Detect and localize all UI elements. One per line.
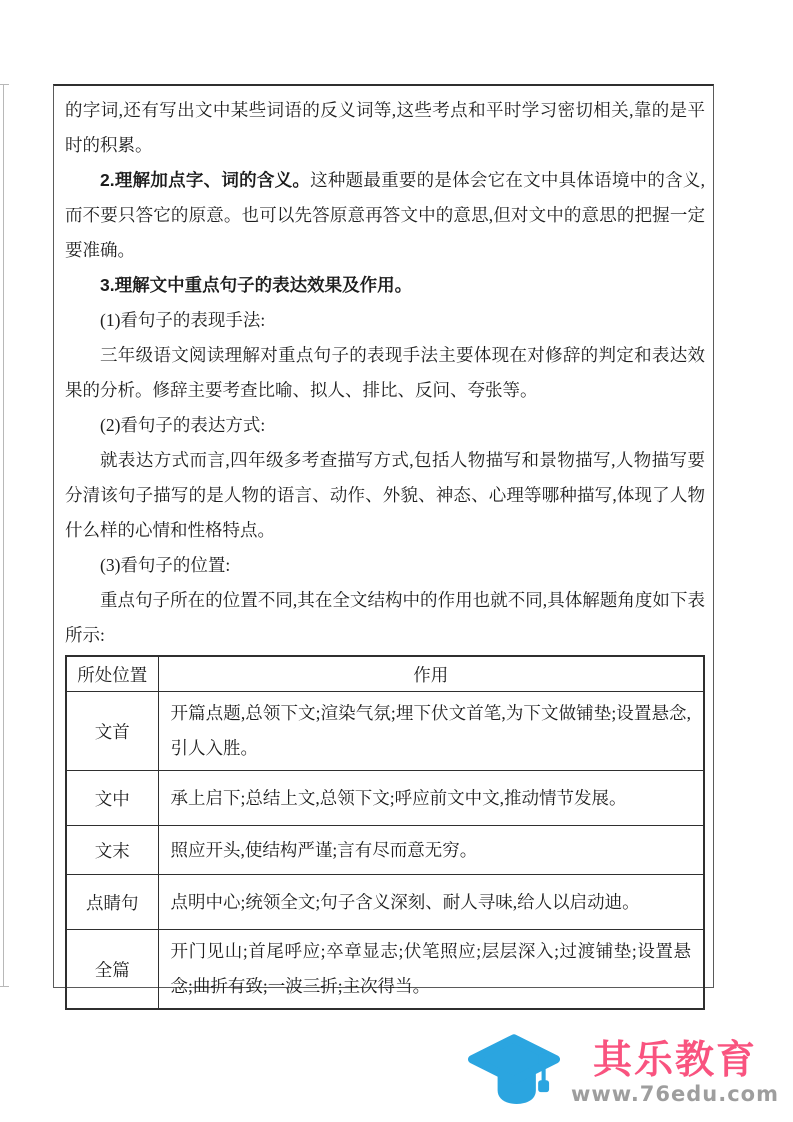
subpoint-3-heading: (3)看句子的位置: [65,548,705,583]
subpoint-3-intro: 重点句子所在的位置不同,其在全文结构中的作用也就不同,具体解题角度如下表所示: [65,583,705,653]
table-header-row: 所处位置 作用 [66,656,704,692]
subpoint-2-body: 就表达方式而言,四年级多考查描写方式,包括人物描写和景物描写,人物描写要分清该句… [65,443,705,548]
row-effect: 开篇点题,总领下文;渲染气氛;埋下伏文首笔,为下文做铺垫;设置悬念,引人入胜。 [158,692,704,771]
row-position: 全篇 [66,930,158,1010]
adjacent-page-edge-line [3,84,4,986]
row-effect: 开门见山;首尾呼应;卒章显志;伏笔照应;层层深入;过渡铺垫;设置悬念;曲折有致;… [158,930,704,1010]
graduation-cap-icon [463,1032,565,1114]
content-frame: 的字词,还有写出文中某些词语的反义词等,这些考点和平时学习密切相关,靠的是平时的… [53,84,714,988]
paragraph-point-2: 2.理解加点字、词的含义。这种题最重要的是体会它在文中具体语境中的含义,而不要只… [65,163,705,268]
table-row: 全篇 开门见山;首尾呼应;卒章显志;伏笔照应;层层深入;过渡铺垫;设置悬念;曲折… [66,930,704,1010]
row-effect: 照应开头,使结构严谨;言有尽而意无穷。 [158,826,704,875]
brand-watermark: 其乐教育 www.76edu.com [463,1032,779,1114]
subpoint-1-heading: (1)看句子的表现手法: [65,303,705,338]
adjacent-page-edge-tick-top [0,84,9,85]
row-position: 文首 [66,692,158,771]
brand-name: 其乐教育 [593,1040,757,1083]
document-page: 的字词,还有写出文中某些词语的反义词等,这些考点和平时学习密切相关,靠的是平时的… [0,0,793,1122]
subpoint-1-body: 三年级语文阅读理解对重点句子的表现手法主要体现在对修辞的判定和表达效果的分析。修… [65,338,705,408]
adjacent-page-edge-tick-bottom [0,986,9,987]
row-position: 点睛句 [66,875,158,930]
paragraph-continuation: 的字词,还有写出文中某些词语的反义词等,这些考点和平时学习密切相关,靠的是平时的… [65,93,705,163]
row-effect: 点明中心;统领全文;句子含义深刻、耐人寻味,给人以启动迪。 [158,875,704,930]
table-row: 点睛句 点明中心;统领全文;句子含义深刻、耐人寻味,给人以启动迪。 [66,875,704,930]
sentence-position-table: 所处位置 作用 文首 开篇点题,总领下文;渲染气氛;埋下伏文首笔,为下文做铺垫;… [65,655,705,1010]
table-row: 文首 开篇点题,总领下文;渲染气氛;埋下伏文首笔,为下文做铺垫;设置悬念,引人入… [66,692,704,771]
point-3-heading: 3.理解文中重点句子的表达效果及作用。 [100,275,412,295]
table-row: 文中 承上启下;总结上文,总领下文;呼应前文中文,推动情节发展。 [66,771,704,826]
row-position: 文末 [66,826,158,875]
row-effect: 承上启下;总结上文,总领下文;呼应前文中文,推动情节发展。 [158,771,704,826]
table-row: 文末 照应开头,使结构严谨;言有尽而意无穷。 [66,826,704,875]
header-position: 所处位置 [66,656,158,692]
brand-text-block: 其乐教育 www.76edu.com [571,1040,779,1107]
subpoint-2-heading: (2)看句子的表达方式: [65,408,705,443]
row-position: 文中 [66,771,158,826]
brand-url: www.76edu.com [571,1083,779,1106]
paragraph-point-3: 3.理解文中重点句子的表达效果及作用。 [65,268,705,303]
point-2-heading: 2.理解加点字、词的含义。 [100,170,310,190]
header-effect: 作用 [158,656,704,692]
